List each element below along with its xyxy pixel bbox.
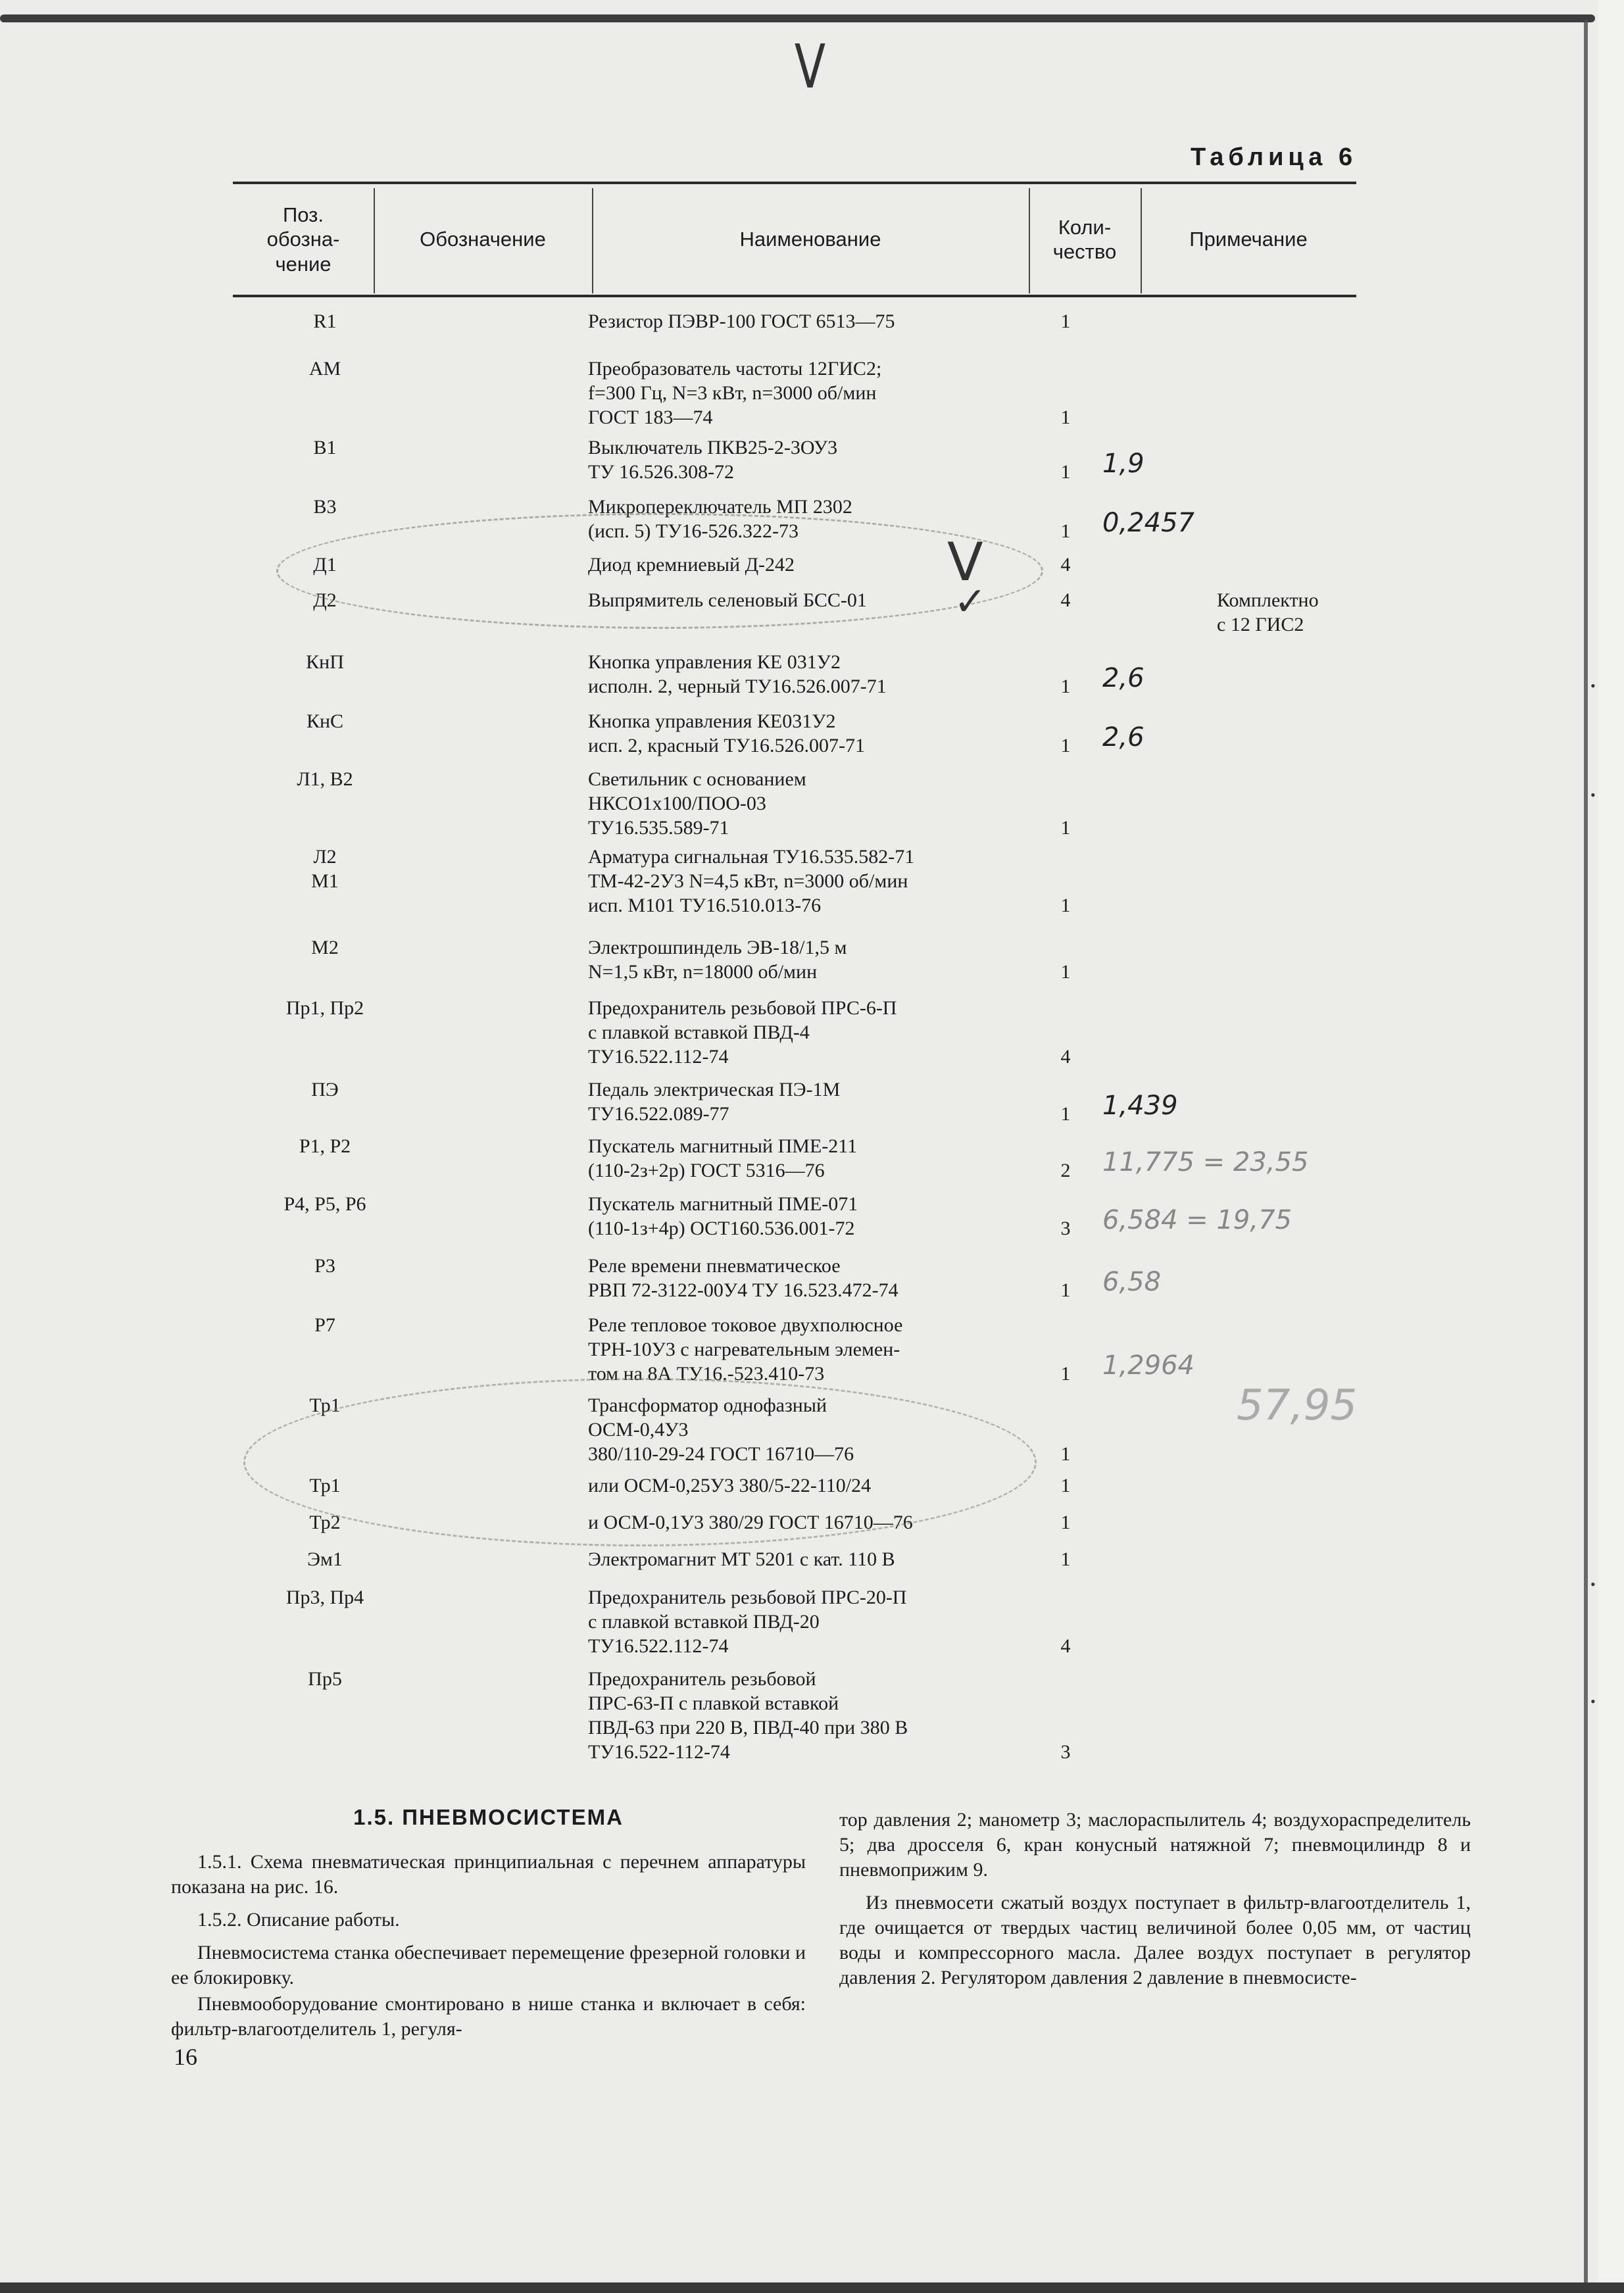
handwritten-price: 2,6 [1102,666,1144,691]
cell-note: Комплектно с 12 ГИС2 [1217,588,1368,637]
margin-mark: • [1590,1693,1596,1710]
cell-name: Кнопка управления КЕ031У2 исп. 2, красны… [588,709,1048,758]
cell-qty: 1 [1052,460,1079,484]
cell-pos: В3 [233,495,417,519]
handwritten-price: 1,439 [1102,1094,1178,1118]
margin-mark: • [1590,678,1596,695]
cell-qty: 1 [1052,1278,1079,1302]
scan-edge-bottom [0,2282,1624,2293]
cell-name: Резистор ПЭВР-100 ГОСТ 6513—75 [588,309,1048,333]
margin-mark: • [1590,1576,1596,1593]
cell-qty: 4 [1052,1634,1079,1658]
cell-qty: 1 [1052,519,1079,543]
section-left-column: 1.5. ПНЕВМОСИСТЕМА 1.5.1. Схема пневмати… [171,1789,806,2050]
cell-qty: 3 [1052,1216,1079,1241]
cell-name: Светильник с основанием НКСО1х100/ПОО-03… [588,767,1048,840]
cell-pos: Р1, Р2 [233,1134,417,1158]
cell-pos: Р7 [233,1313,417,1337]
handwritten-price: 6,584 = 19,75 [1102,1208,1292,1233]
header-note: Примечание [1141,182,1356,297]
handwritten-price: 1,9 [1102,452,1144,476]
cell-qty: 1 [1052,816,1079,840]
cell-pos: М2 [233,935,417,960]
cell-qty: 4 [1052,553,1079,577]
cell-name: Арматура сигнальная ТУ16.535.582-71 ТМ-4… [588,845,1048,918]
scan-margin-right [1598,0,1624,2293]
cell-qty: 1 [1052,1442,1079,1466]
cell-name: Выключатель ПКВ25-2-3ОУ3 ТУ 16.526.308-7… [588,435,1048,484]
handwritten-price: 0,2457 [1102,511,1194,535]
section-right-column: тор давления 2; манометр 3; маслораспыли… [839,1808,1471,1998]
cell-pos: Р3 [233,1254,417,1278]
cell-qty: 1 [1052,1362,1079,1386]
cell-name: Кнопка управления КЕ 031У2 исполн. 2, че… [588,650,1048,699]
cell-name: Предохранитель резьбовой ПРС-63-П с плав… [588,1667,1048,1764]
cell-pos: Р4, Р5, Р6 [233,1192,417,1216]
paragraph: тор давления 2; манометр 3; маслораспыли… [839,1808,1471,1883]
scanned-page: V Таблица 6 Поз. обозна- чение Обозначен… [0,0,1624,2293]
cell-pos: Л1, В2 [233,767,417,791]
scan-edge-right [1584,20,1588,2282]
cell-name: Реле времени пневматическое РВП 72-3122-… [588,1254,1048,1302]
paragraph: Пневмооборудование смонтировано в нише с… [171,1992,806,2042]
cell-qty: 1 [1052,1102,1079,1126]
cell-pos: КнП [233,650,417,674]
handwritten-check-icon: ✓ [954,579,987,625]
cell-pos: Пр1, Пр2 [233,996,417,1020]
cell-pos: R1 [233,309,417,333]
scan-edge-top [0,14,1595,22]
cell-qty: 1 [1052,1510,1079,1535]
handwritten-check-icon: V [795,32,825,102]
handwritten-circle [276,513,1043,629]
handwritten-price: 2,6 [1102,726,1144,750]
cell-qty: 4 [1052,1045,1079,1069]
page-number: 16 [174,2043,197,2071]
cell-qty: 1 [1052,893,1079,918]
cell-pos: Эм1 [233,1547,417,1571]
cell-pos: Пр3, Пр4 [233,1585,417,1610]
paragraph: Пневмосистема станка обеспечивает переме… [171,1940,806,1990]
cell-pos: Пр5 [233,1667,417,1691]
handwritten-price: 1,2964 [1102,1354,1194,1378]
cell-qty: 1 [1052,405,1079,430]
header-pos: Поз. обозна- чение [233,182,374,297]
margin-mark: • [1590,787,1596,804]
cell-qty: 1 [1052,1473,1079,1498]
header-name: Наименование [592,182,1029,297]
cell-pos: ПЭ [233,1077,417,1102]
header-designation: Обозначение [374,182,592,297]
cell-name: Пускатель магнитный ПМЕ-211 (110-2з+2р) … [588,1134,1048,1183]
cell-pos: Л2 М1 [233,845,417,893]
cell-pos: АМ [233,357,417,381]
handwritten-price: 11,775 = 23,55 [1102,1150,1308,1175]
cell-qty: 4 [1052,588,1079,612]
paragraph: 1.5.2. Описание работы. [171,1908,806,1933]
cell-qty: 1 [1052,960,1079,984]
header-qty: Коли- чество [1029,182,1141,297]
cell-name: Пускатель магнитный ПМЕ-071 (110-1з+4р) … [588,1192,1048,1241]
cell-qty: 1 [1052,1547,1079,1571]
table-caption: Таблица 6 [1191,143,1357,172]
cell-name: Электромагнит МТ 5201 с кат. 110 В [588,1547,1048,1571]
cell-name: Педаль электрическая ПЭ-1М ТУ16.522.089-… [588,1077,1048,1126]
paragraph: 1.5.1. Схема пневматическая принципиальн… [171,1850,806,1900]
cell-name: Предохранитель резьбовой ПРС-6-П с плавк… [588,996,1048,1069]
cell-name: Реле тепловое токовое двухполюсное ТРН-1… [588,1313,1048,1386]
paragraph: Из пневмосети сжатый воздух поступает в … [839,1890,1471,1990]
cell-name: Предохранитель резьбовой ПРС-20-П с плав… [588,1585,1048,1658]
cell-pos: В1 [233,435,417,460]
cell-qty: 2 [1052,1158,1079,1183]
handwritten-price: 6,58 [1102,1270,1161,1294]
cell-qty: 1 [1052,309,1079,333]
cell-name: Преобразователь частоты 12ГИС2; f=300 Гц… [588,357,1048,430]
cell-qty: 3 [1052,1740,1079,1764]
cell-pos: КнС [233,709,417,733]
handwritten-total: 57,95 [1237,1381,1357,1430]
cell-qty: 1 [1052,733,1079,758]
cell-qty: 1 [1052,674,1079,699]
handwritten-circle [243,1378,1037,1546]
section-title: 1.5. ПНЕВМОСИСТЕМА [171,1805,806,1830]
cell-name: Электрошпиндель ЭВ-18/1,5 м N=1,5 кВт, n… [588,935,1048,984]
